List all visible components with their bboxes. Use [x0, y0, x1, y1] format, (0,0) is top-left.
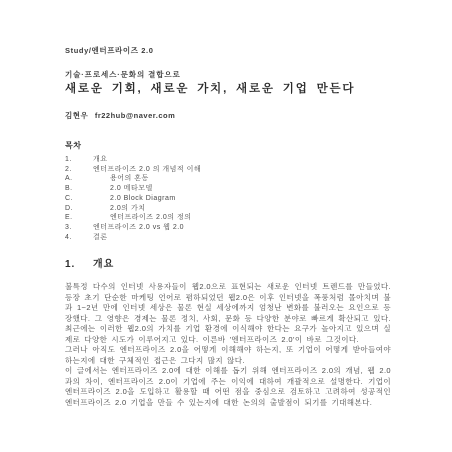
author-name: 김현우 — [65, 111, 88, 120]
section-title: 개요 — [93, 259, 114, 271]
body-paragraph: 그러나 아직도 엔터프라이즈 2.0을 어떻게 이해해야 하는지, 또 기업이 … — [65, 345, 391, 366]
toc-item: C. 2.0 Block Diagram — [65, 194, 391, 204]
toc-item-number: 2. — [65, 165, 93, 175]
toc-item-number: B. — [65, 184, 93, 194]
toc-item-number: D. — [65, 204, 93, 214]
section-heading: 1. 개요 — [65, 259, 391, 271]
toc-item-label: 2.0의 가치 — [93, 204, 145, 214]
section-body: 불특정 다수의 인터넷 사용자들이 웹2.0으로 표현되는 새로운 인터넷 트렌… — [65, 282, 391, 408]
toc-item-number: 3. — [65, 223, 93, 233]
author-email: fr22hub@naver.com — [95, 111, 175, 120]
document-content: Study/엔터프라이즈 2.0 기술·프로세스·문화의 결합으로 새로운 기회… — [65, 46, 391, 408]
toc-item: D. 2.0의 가치 — [65, 204, 391, 214]
document-page: Study/엔터프라이즈 2.0 기술·프로세스·문화의 결합으로 새로운 기회… — [0, 0, 452, 452]
author-line: 김현우 fr22hub@naver.com — [65, 111, 391, 120]
toc-item-label: 엔터프라이즈 2.0 의 개념적 이해 — [93, 165, 201, 175]
body-paragraph: 불특정 다수의 인터넷 사용자들이 웹2.0으로 표현되는 새로운 인터넷 트렌… — [65, 282, 391, 345]
section-number: 1. — [65, 259, 93, 271]
toc-item-label: 개요 — [93, 155, 108, 165]
toc-item: 3. 엔터프라이즈 2.0 vs 웹 2.0 — [65, 223, 391, 233]
toc-item-label: 2.0 메타모델 — [93, 184, 153, 194]
toc-item-label: 결론 — [93, 233, 108, 243]
toc-item-label: 용어의 혼동 — [93, 174, 149, 184]
toc-item: E. 엔터프라이즈 2.0의 정의 — [65, 213, 391, 223]
toc-item-number: 4. — [65, 233, 93, 243]
toc-item-number: A. — [65, 174, 93, 184]
category-label: Study/엔터프라이즈 2.0 — [65, 46, 391, 55]
table-of-contents: 목차 1. 개요 2. 엔터프라이즈 2.0 의 개념적 이해 A. 용어의 혼… — [65, 141, 391, 242]
toc-heading: 목차 — [65, 141, 391, 151]
toc-item-number: C. — [65, 194, 93, 204]
toc-item-label: 엔터프라이즈 2.0의 정의 — [93, 213, 191, 223]
toc-item-label: 2.0 Block Diagram — [93, 194, 176, 204]
toc-item: 1. 개요 — [65, 155, 391, 165]
toc-item-number: 1. — [65, 155, 93, 165]
toc-item: 4. 결론 — [65, 233, 391, 243]
toc-item-label: 엔터프라이즈 2.0 vs 웹 2.0 — [93, 223, 184, 233]
body-paragraph: 이 글에서는 엔터프라이즈 2.0에 대한 이해를 돕기 위해 엔터프라이즈 2… — [65, 366, 391, 408]
toc-item-number: E. — [65, 213, 93, 223]
page-title: 새로운 기회, 새로운 가치, 새로운 기업 만든다 — [65, 83, 391, 96]
toc-item: 2. 엔터프라이즈 2.0 의 개념적 이해 — [65, 165, 391, 175]
toc-item: A. 용어의 혼동 — [65, 174, 391, 184]
document-subtitle: 기술·프로세스·문화의 결합으로 — [65, 70, 391, 79]
toc-item: B. 2.0 메타모델 — [65, 184, 391, 194]
